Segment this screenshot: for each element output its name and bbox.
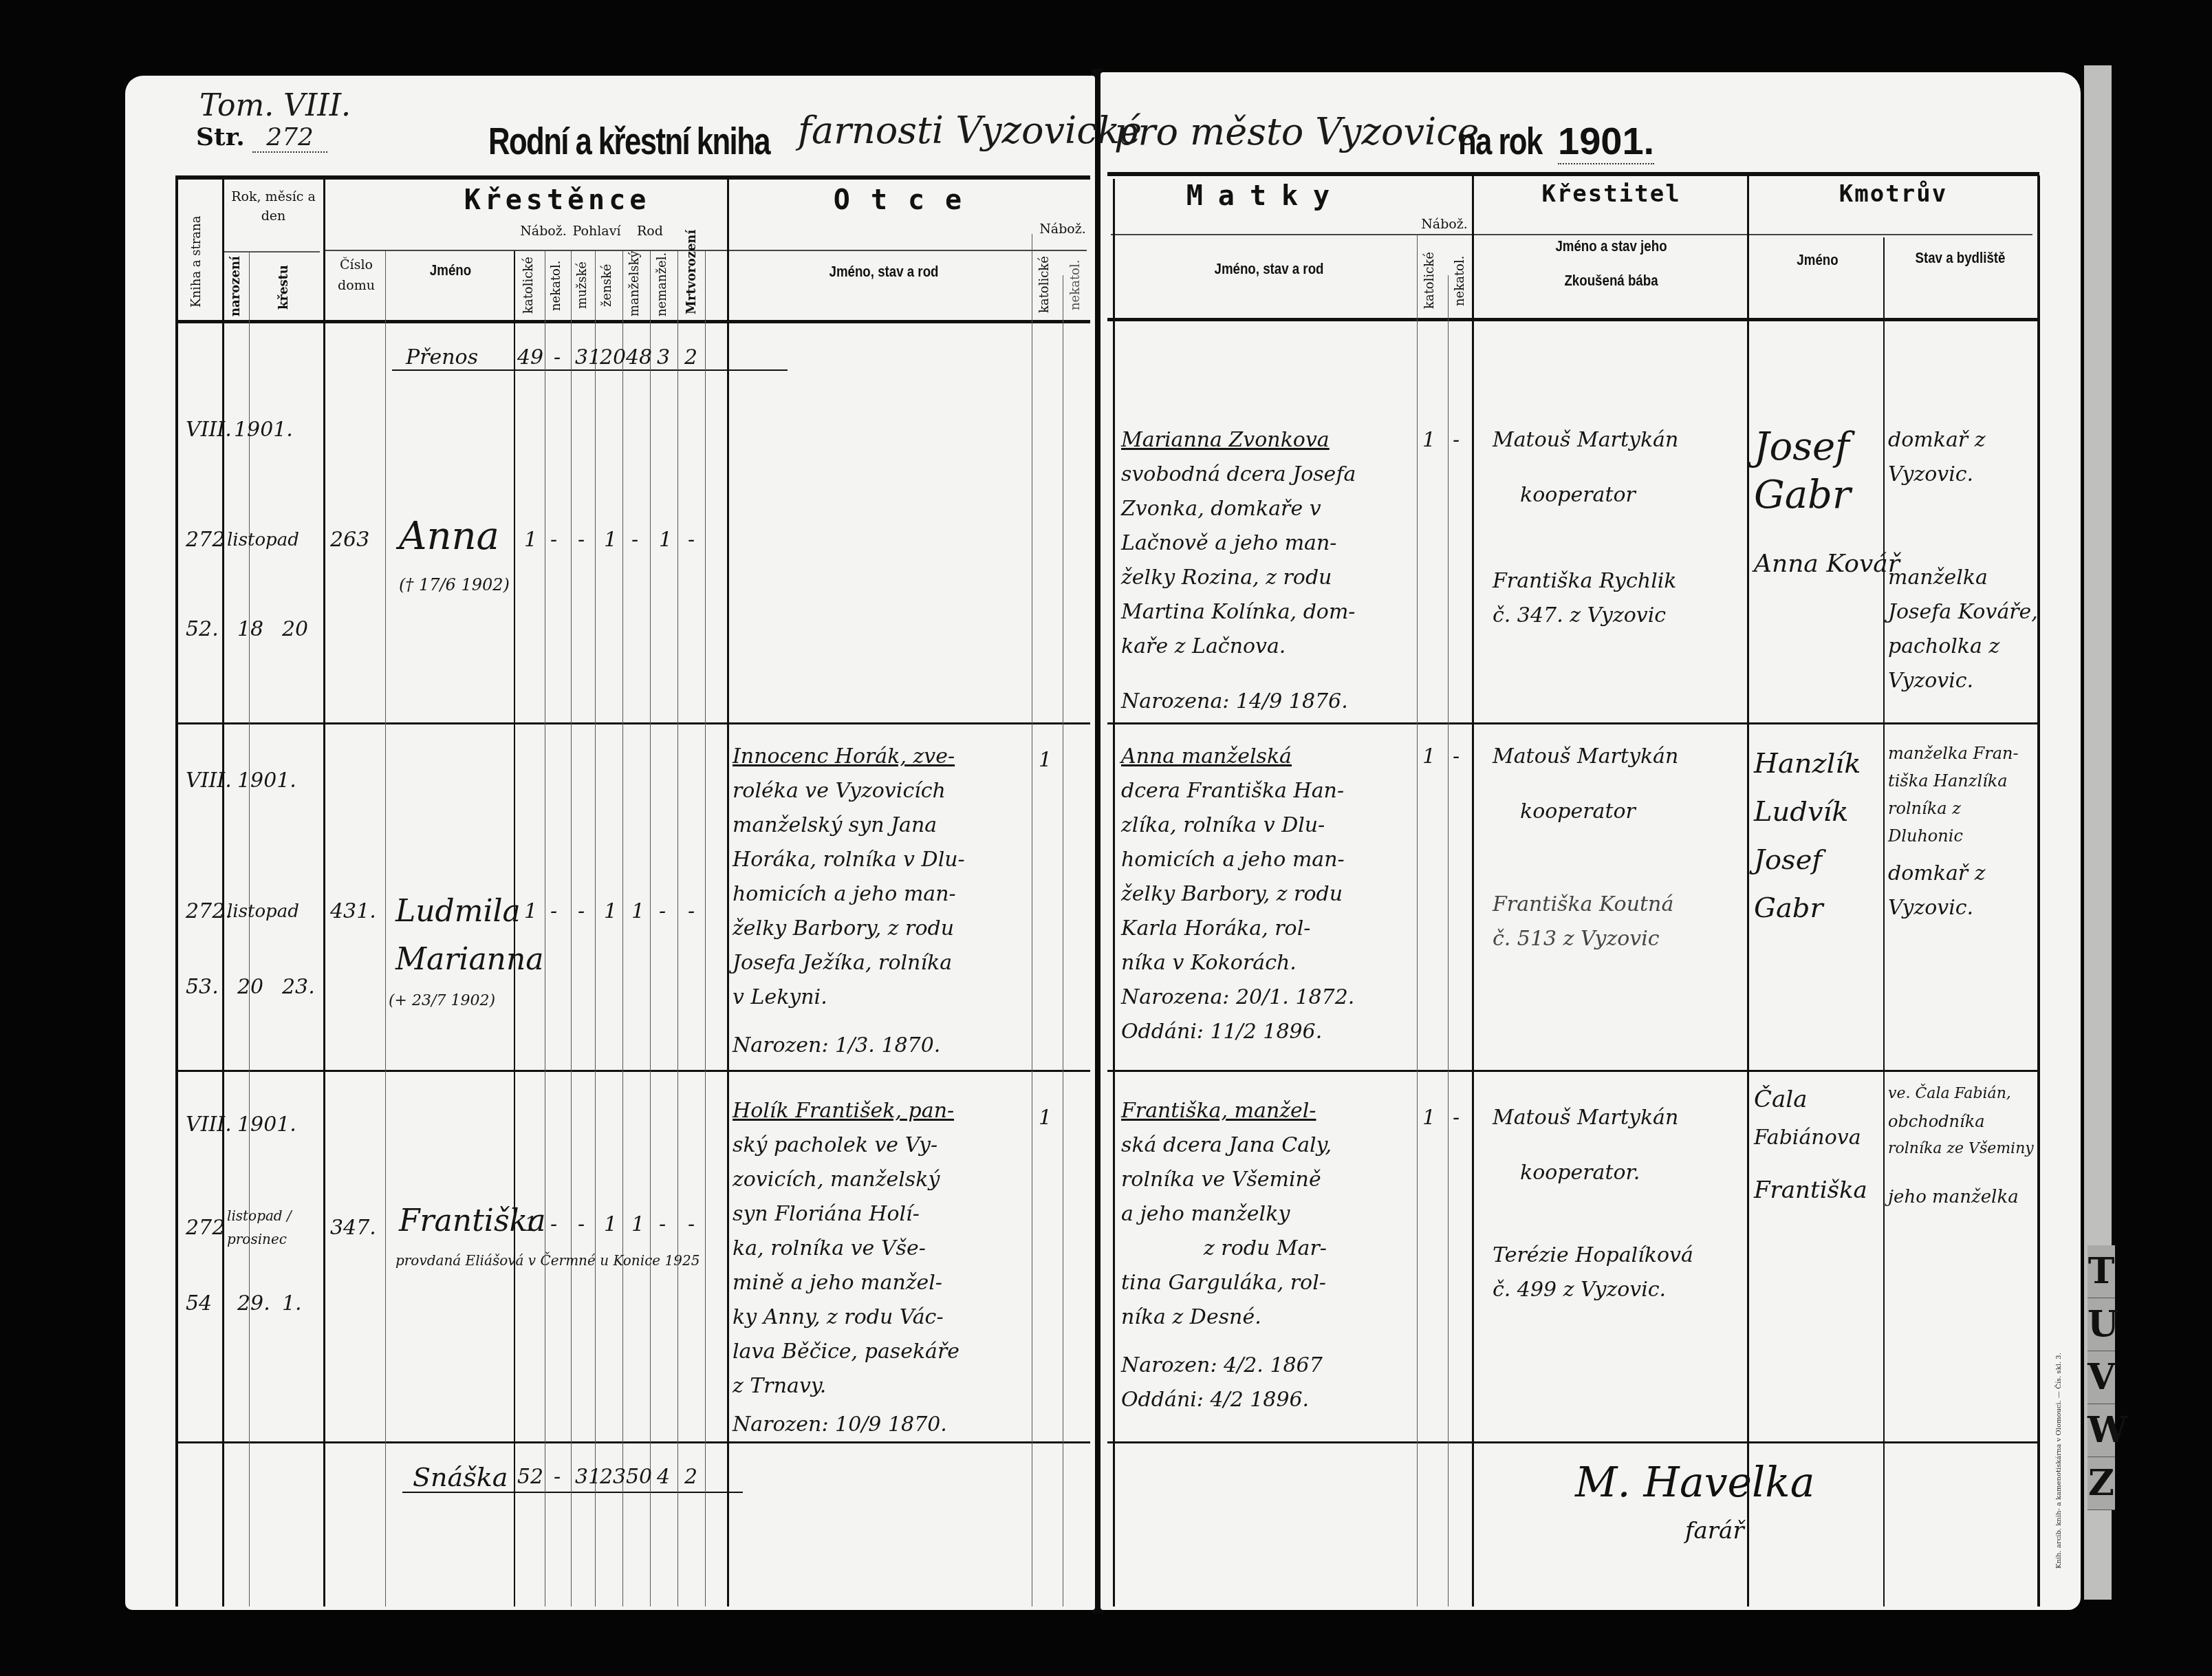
godparent-name: Františka [1754, 1171, 1885, 1210]
col-sex: Pohlaví [571, 224, 622, 239]
mark-illegitimate: - [659, 894, 666, 929]
father-name: Holík František, pan- [733, 1094, 1032, 1128]
father-line: syn Floriána Holí- [733, 1197, 1032, 1232]
mother-line: Karla Horáka, rol- [1121, 912, 1417, 946]
father-line: Horáka, rolníka v Dlu- [733, 843, 1032, 877]
printer-imprint: Knih. arcib. knih- a kamenotiskárna v Ol… [2055, 1280, 2069, 1569]
entry-page: 272. [186, 894, 232, 929]
status-line: rolníka z [1888, 795, 2036, 822]
carry-female: 20 [600, 341, 626, 375]
mother-line: zlíka, rolníka v Dlu- [1121, 808, 1417, 843]
entry-page: 272 [186, 523, 225, 557]
godparent-status: domkař z Vyzovic. manželka Josefa Kováře… [1888, 423, 2036, 698]
page-number-field: Str. 272 [196, 122, 327, 151]
baptizer: Matouš Martykán kooperator. [1493, 1101, 1747, 1190]
col-stillborn: Mrtvorození [684, 227, 699, 316]
col-date: Rok, měsíc a den [227, 187, 320, 226]
total-legitimate: 50 [626, 1460, 652, 1494]
father-line: ský pacholek ve Vy- [733, 1128, 1032, 1163]
status-line: Vyzovic. [1888, 664, 2036, 698]
godparent-status: ve. Čala Fabián, obchodníka rolníka ze V… [1888, 1080, 2036, 1211]
totals-label: Snáška [413, 1460, 508, 1494]
index-tab[interactable]: W [2088, 1404, 2115, 1457]
entry-child-note: (+ 23/7 1902) [389, 984, 495, 1018]
mother-name: Františka, manžel- [1121, 1094, 1417, 1128]
baptizer-name: Matouš Martykán [1493, 740, 1747, 774]
entry-book: VIII. [186, 413, 232, 447]
col-illegitimate: nemanžel. [655, 255, 669, 316]
col-midwife: Zkoušená bába [1499, 272, 1724, 290]
entry-number: 53. [186, 970, 219, 1004]
father-line: lava Běčice, pasekáře [733, 1335, 1032, 1369]
entry-birth-day: 29. [237, 1287, 270, 1321]
section-godparents: Kmotrův [1750, 180, 2036, 208]
mother-name: Anna manželská [1121, 740, 1417, 774]
col-mother-details: Jméno, stav a rod [1143, 260, 1395, 278]
status-line: domkař z [1888, 857, 2036, 891]
father-details: Innocenc Horák, zve- roléka ve Vyzovicíc… [733, 740, 1032, 1063]
register-year: 1901. [1558, 118, 1654, 164]
status-line: tiška Hanzlíka [1888, 767, 2036, 795]
entry-child-name: Anna [399, 519, 499, 554]
father-line: manželský syn Jana [733, 808, 1032, 843]
total-illegitimate: 4 [657, 1460, 670, 1494]
entry-house: 263 [330, 523, 369, 557]
section-krestence: Křestěnce [385, 184, 729, 216]
mother-line: z rodu Mar- [1204, 1232, 1417, 1266]
col-mother-noncatholic: nekatol. [1453, 248, 1467, 314]
col-book-page: Kniha a strana [189, 206, 204, 316]
midwife: Františka Koutná č. 513 z Vyzovic [1493, 888, 1747, 956]
status-line: domkař z [1888, 423, 2036, 458]
mother-line: Martina Kolínka, dom- [1121, 595, 1417, 630]
marriage-date: Oddáni: 4/2 1896. [1121, 1383, 1417, 1417]
status-line: manželka [1888, 561, 2036, 595]
carry-catholic: 49 [517, 341, 543, 375]
col-religion: Nábož. [516, 224, 571, 239]
total-stillborn: 2 [684, 1460, 697, 1494]
mother-details: Anna manželská dcera Františka Han- zlík… [1121, 740, 1417, 1049]
mother-birth-date: Narozena: 14/9 1876. [1121, 685, 1417, 719]
entry-page: 272 [186, 1211, 225, 1245]
mother-details: Marianna Zvonkova svobodná dcera Josefa … [1121, 423, 1417, 719]
mother-line: a jeho manželky [1121, 1197, 1417, 1232]
col-noncatholic: nekatol. [549, 255, 563, 316]
midwife-name: Terézie Hopalíková [1493, 1238, 1747, 1273]
mother-line: níka v Kokorách. [1121, 946, 1417, 980]
col-mother-catholic: katolické [1422, 248, 1437, 314]
godparent-name: Čala [1754, 1080, 1885, 1119]
baptizer-name: Matouš Martykán [1493, 1101, 1747, 1135]
mark-male: - [578, 1207, 585, 1242]
mark-illegitimate: 1 [659, 523, 672, 557]
mark-catholic: 1 [524, 523, 537, 557]
section-mother: Matky [1114, 180, 1417, 212]
page-label: Str. [196, 122, 245, 151]
entry-child-note: († 17/6 1902) [399, 568, 510, 602]
col-mother-religion: Nábož. [1417, 217, 1472, 232]
status-line: Dluhonic [1888, 822, 2036, 850]
total-female: 23 [600, 1460, 626, 1494]
col-baptism: křestu [276, 258, 291, 316]
mother-mark-noncatholic: - [1453, 1101, 1460, 1135]
entry-child-note: provdaná Eliášová v Čermné u Konice 1925 [395, 1249, 726, 1272]
col-legitimacy: Rod [622, 224, 677, 239]
page-number: 272 [252, 123, 327, 153]
section-baptizer: Křestitel [1475, 180, 1747, 208]
godparent-name: Hanzlík [1754, 740, 1885, 788]
register-title: Rodní a křestní kniha [488, 118, 770, 163]
mother-line: rolníka ve Všemině [1121, 1163, 1417, 1197]
mother-line: želky Barbory, z rodu [1121, 877, 1417, 912]
signature-role: farář [1685, 1517, 1744, 1545]
col-legitimate: manželský [627, 255, 642, 316]
entry-house: 347. [330, 1211, 376, 1245]
mother-birth-date: Narozena: 20/1. 1872. [1121, 980, 1417, 1015]
mark-stillborn: - [688, 894, 695, 929]
mark-catholic: 1 [524, 894, 537, 929]
carry-over-label: Přenos [406, 341, 478, 375]
col-male: mužské [575, 255, 589, 316]
signature: M. Havelka [1575, 1459, 1814, 1507]
father-name: Innocenc Horák, zve- [733, 740, 1032, 774]
section-father: Otce [729, 184, 1087, 216]
total-noncatholic: - [554, 1460, 561, 1494]
father-line: mině a jeho manžel- [733, 1266, 1032, 1300]
mark-noncatholic: - [550, 894, 557, 929]
parish-name: farnosti Vyzovické [798, 109, 1142, 152]
mark-legitimate: 1 [631, 1207, 644, 1242]
mother-line: tina Garguláka, rol- [1121, 1266, 1417, 1300]
entry-house: 431. [330, 894, 376, 929]
col-birth: narození [228, 258, 243, 316]
mother-line: kaře z Lačnova. [1121, 630, 1417, 664]
entry-month: listopad [227, 894, 299, 929]
col-father-religion: Nábož. [1032, 222, 1094, 237]
status-line: Josefa Kováře, [1888, 595, 2036, 630]
entry-number: 54 [186, 1287, 212, 1321]
midwife-name: Františka Rychlik [1493, 564, 1747, 599]
col-baptizer-name: Jméno a stav jeho [1499, 237, 1724, 255]
year-label: na rok [1458, 118, 1542, 163]
col-house-number: Číslo domu [329, 255, 384, 296]
godparent-names: Hanzlík Ludvík Josef Gabr [1754, 740, 1885, 932]
carry-noncatholic: - [554, 341, 561, 375]
mark-female: 1 [604, 1207, 617, 1242]
entry-number: 52. [186, 612, 219, 647]
mark-noncatholic: - [550, 523, 557, 557]
mother-line: ská dcera Jana Caly, [1121, 1128, 1417, 1163]
col-child-name: Jméno [398, 261, 503, 279]
index-tab[interactable]: U [2088, 1298, 2115, 1351]
col-godparent-status: Stav a bydliště [1896, 249, 2025, 267]
midwife: Terézie Hopalíková č. 499 z Vyzovic. [1493, 1238, 1747, 1307]
carry-legitimate: 48 [626, 341, 652, 375]
mother-line: níka z Desné. [1121, 1300, 1417, 1335]
col-female: ženské [600, 255, 614, 316]
index-tabs: T U V W Z [2088, 1245, 2115, 1510]
entry-baptism-day: 1. [282, 1287, 302, 1321]
col-catholic: katolické [521, 255, 536, 316]
father-details: Holík František, pan- ský pacholek ve Vy… [733, 1094, 1032, 1442]
father-line: homicích a jeho man- [733, 877, 1032, 912]
midwife-address: č. 499 z Vyzovic. [1493, 1273, 1747, 1307]
mark-stillborn: - [688, 523, 695, 557]
godparent-name: Josef [1754, 836, 1885, 884]
mother-birth-date: Narozen: 4/2. 1867 [1121, 1349, 1417, 1383]
entry-baptism-day: 20 [282, 612, 308, 647]
col-father-details: Jméno, stav a rod [758, 263, 1010, 281]
index-tab[interactable]: T [2088, 1245, 2115, 1298]
father-birth-date: Narozen: 1/3. 1870. [733, 1029, 1032, 1063]
index-tab[interactable]: V [2088, 1351, 2115, 1404]
entry-birth-day: 20 [237, 970, 263, 1004]
entry-book: VIII. [186, 764, 232, 798]
entry-child-name: Ludmila Marianna [395, 888, 512, 984]
entry-book: VIII. [186, 1108, 232, 1142]
baptizer-role: kooperator [1520, 795, 1747, 829]
godparent-name: Gabr [1754, 471, 1885, 519]
mother-mark-catholic: 1 [1422, 740, 1435, 774]
father-line: želky Barbory, z rodu [733, 912, 1032, 946]
mother-name: Marianna Zvonkova [1121, 423, 1417, 458]
entry-birth-day: 18 [237, 612, 263, 647]
father-line: zovicích, manželský [733, 1163, 1032, 1197]
status-line: rolníka ze Všeminy [1888, 1135, 2036, 1163]
total-male: 31 [575, 1460, 601, 1494]
godparent-status: manželka Fran- tiška Hanzlíka rolníka z … [1888, 740, 2036, 925]
baptizer-name: Matouš Martykán [1493, 423, 1747, 458]
marriage-date: Oddáni: 11/2 1896. [1121, 1015, 1417, 1049]
mark-illegitimate: - [659, 1207, 666, 1242]
godparent-name: Ludvík [1754, 788, 1885, 836]
godparent-name: Josef [1754, 423, 1885, 471]
entry-year: 1901. [234, 413, 293, 447]
mark-stillborn: - [688, 1207, 695, 1242]
status-line: Vyzovic. [1888, 458, 2036, 492]
entry-year: 1901. [237, 1108, 296, 1142]
entry-month: listopad [227, 523, 299, 557]
mark-female: 1 [604, 523, 617, 557]
carry-stillborn: 2 [684, 341, 697, 375]
father-mark-catholic: 1 [1039, 743, 1052, 777]
mother-mark-noncatholic: - [1453, 423, 1460, 458]
status-line: jeho manželka [1888, 1183, 2036, 1211]
mother-line: homicích a jeho man- [1121, 843, 1417, 877]
status-line: obchodníka [1888, 1108, 2036, 1135]
town-name: pro město Vyzovice [1114, 110, 1479, 153]
mother-mark-catholic: 1 [1422, 1101, 1435, 1135]
col-godparent-name: Jméno [1761, 251, 1875, 269]
godparent-name: Gabr [1754, 884, 1885, 932]
entry-year: 1901. [237, 764, 296, 798]
mark-male: - [578, 894, 585, 929]
mark-legitimate: 1 [631, 894, 644, 929]
mark-legitimate: - [631, 523, 638, 557]
godparent-name: Fabiánova [1754, 1119, 1885, 1157]
mark-male: - [578, 523, 585, 557]
baptizer-role: kooperator [1520, 478, 1747, 513]
total-catholic: 52 [517, 1460, 543, 1494]
mark-noncatholic: - [550, 1207, 557, 1242]
status-line: Vyzovic. [1888, 891, 2036, 925]
baptizer-role: kooperator. [1520, 1156, 1747, 1190]
midwife: Františka Rychlik č. 347. z Vyzovic [1493, 564, 1747, 633]
col-father-noncatholic: nekatol. [1068, 253, 1083, 316]
father-line: z Trnavy. [733, 1369, 1032, 1404]
mother-line: želky Rozina, z rodu [1121, 561, 1417, 595]
midwife-address: č. 347. z Vyzovic [1493, 599, 1747, 633]
baptizer: Matouš Martykán kooperator [1493, 423, 1747, 513]
baptizer: Matouš Martykán kooperator [1493, 740, 1747, 829]
mother-mark-catholic: 1 [1422, 423, 1435, 458]
mother-line: Zvonka, domkaře v [1121, 492, 1417, 526]
col-father-catholic: katolické [1037, 253, 1052, 316]
status-line: pacholka z [1888, 630, 2036, 664]
midwife-address: č. 513 z Vyzovic [1493, 922, 1747, 956]
father-line: roléka ve Vyzovicích [733, 774, 1032, 808]
carry-illegitimate: 3 [657, 341, 670, 375]
godparent-name: Anna Kovář [1754, 547, 1885, 581]
midwife-name: Františka Koutná [1493, 888, 1747, 922]
mark-catholic: 1 [524, 1207, 537, 1242]
entry-month: listopad / prosinec [227, 1204, 320, 1251]
volume-label: Tom. VIII. [199, 88, 351, 123]
father-line: ky Anny, z rodu Vác- [733, 1300, 1032, 1335]
mother-line: svobodná dcera Josefa [1121, 458, 1417, 492]
father-birth-date: Narozen: 10/9 1870. [733, 1408, 1032, 1442]
status-line: ve. Čala Fabián, [1888, 1080, 2036, 1108]
index-tab[interactable]: Z [2088, 1457, 2115, 1510]
father-line: v Lekyni. [733, 980, 1032, 1015]
entry-baptism-day: 23. [282, 970, 315, 1004]
father-line: ka, rolníka ve Vše- [733, 1232, 1032, 1266]
mother-details: Františka, manžel- ská dcera Jana Caly, … [1121, 1094, 1417, 1417]
mother-mark-noncatholic: - [1453, 740, 1460, 774]
father-mark-catholic: 1 [1039, 1101, 1052, 1135]
godparent-names: Josef Gabr Anna Kovář [1754, 423, 1885, 581]
mother-line: dcera Františka Han- [1121, 774, 1417, 808]
carry-male: 31 [575, 341, 601, 375]
father-line: Josefa Ježíka, rolníka [733, 946, 1032, 980]
godparent-names: Čala Fabiánova Františka [1754, 1080, 1885, 1210]
mark-female: 1 [604, 894, 617, 929]
mother-line: Lačnově a jeho man- [1121, 526, 1417, 561]
status-line: manželka Fran- [1888, 740, 2036, 767]
